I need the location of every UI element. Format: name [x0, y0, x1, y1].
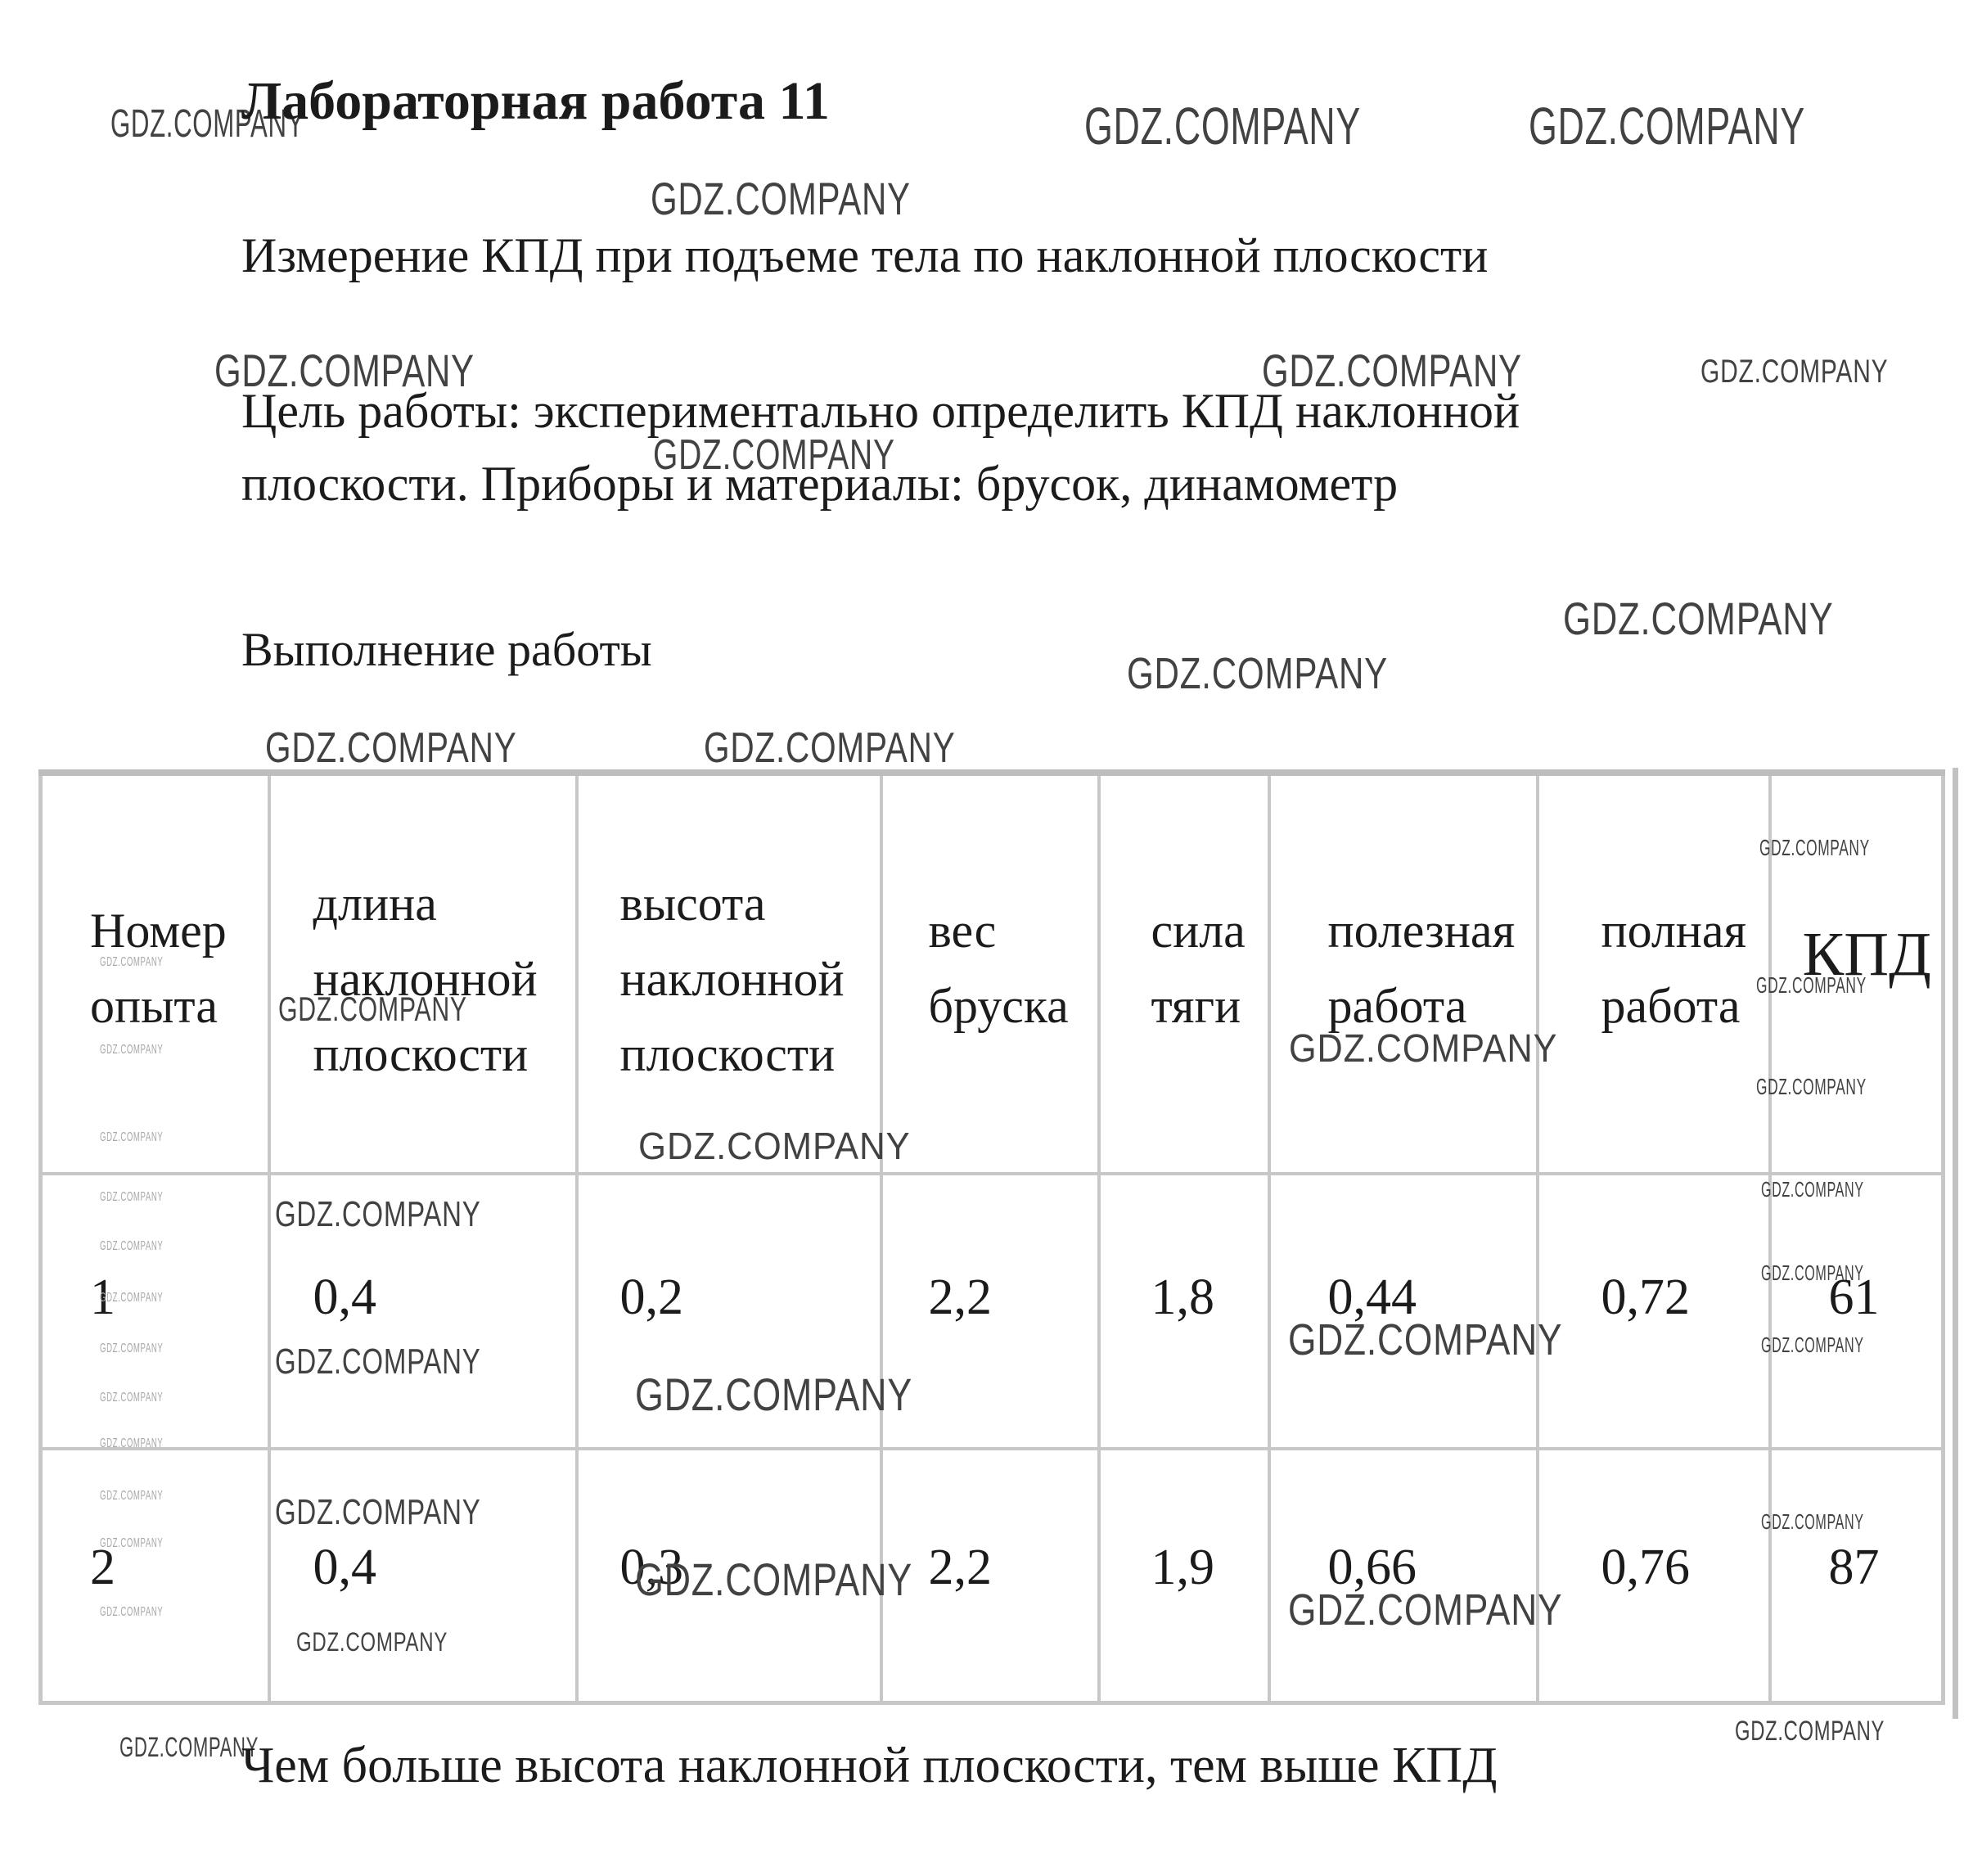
header-block-weight: вес бруска [881, 773, 1099, 1174]
watermark: GDZ.COMPANY [1756, 974, 1867, 997]
goal-paragraph-line2: плоскости. Приборы и материалы: брусок, … [241, 456, 1398, 512]
watermark: GDZ.COMPANY [638, 1127, 911, 1165]
watermark: GDZ.COMPANY [278, 992, 467, 1026]
cell-total-work: 0,72 [1538, 1174, 1770, 1449]
header-plane-length: длина наклонной плоскости [269, 773, 577, 1174]
watermark: GDZ.COMPANY [100, 1131, 163, 1144]
cell-plane-length: 0,4 [269, 1449, 577, 1702]
cell-useful-work: 0,44 [1269, 1174, 1538, 1449]
watermark: GDZ.COMPANY [100, 956, 163, 969]
watermark: GDZ.COMPANY [1288, 1588, 1562, 1632]
watermark: GDZ.COMPANY [651, 176, 911, 222]
table-row: 2 0,4 0,3 2,2 1,9 0,66 0,76 87 [41, 1449, 1944, 1702]
watermark: GDZ.COMPANY [100, 1240, 163, 1253]
watermark: GDZ.COMPANY [1735, 1717, 1885, 1745]
cell-pulling-force: 1,9 [1099, 1449, 1269, 1702]
watermark: GDZ.COMPANY [1288, 1318, 1562, 1362]
watermark: GDZ.COMPANY [635, 1372, 912, 1418]
header-total-work: полная работа [1538, 773, 1770, 1174]
watermark: GDZ.COMPANY [296, 1629, 448, 1655]
watermark: GDZ.COMPANY [275, 1197, 480, 1233]
watermark: GDZ.COMPANY [1761, 1511, 1864, 1532]
watermark: GDZ.COMPANY [1759, 837, 1870, 859]
page-title: Лабораторная работа 11 [241, 70, 830, 133]
watermark: GDZ.COMPANY [1563, 596, 1834, 642]
cell-experiment-number: 1 [41, 1174, 269, 1449]
header-useful-work: полезная работа [1269, 773, 1538, 1174]
results-table: Номер опыта длина наклонной плоскости вы… [38, 769, 1945, 1705]
watermark: GDZ.COMPANY [1761, 1262, 1864, 1283]
cell-efficiency: 61 [1770, 1174, 1944, 1449]
watermark: GDZ.COMPANY [100, 1437, 163, 1450]
page-edge-line [1953, 768, 1958, 1719]
subtitle: Измерение КПД при подъеме тела по наклон… [241, 228, 1488, 284]
watermark: GDZ.COMPANY [1761, 1179, 1864, 1200]
cell-efficiency: 87 [1770, 1449, 1944, 1702]
cell-block-weight: 2,2 [881, 1449, 1099, 1702]
watermark: GDZ.COMPANY [100, 1391, 163, 1405]
watermark: GDZ.COMPANY [704, 727, 956, 769]
section-heading: Выполнение работы [241, 622, 652, 677]
watermark: GDZ.COMPANY [275, 1344, 480, 1380]
watermark: GDZ.COMPANY [1529, 100, 1805, 152]
cell-block-weight: 2,2 [881, 1174, 1099, 1449]
watermark: GDZ.COMPANY [1289, 1030, 1557, 1069]
header-plane-height: высота наклонной плоскости [577, 773, 881, 1174]
watermark: GDZ.COMPANY [100, 1606, 163, 1619]
cell-total-work: 0,76 [1538, 1449, 1770, 1702]
watermark: GDZ.COMPANY [635, 1557, 912, 1603]
watermark: GDZ.COMPANY [275, 1495, 480, 1531]
watermark: GDZ.COMPANY [100, 1191, 163, 1204]
cell-pulling-force: 1,8 [1099, 1174, 1269, 1449]
watermark: GDZ.COMPANY [1700, 355, 1888, 388]
watermark: GDZ.COMPANY [1761, 1334, 1864, 1355]
cell-experiment-number: 2 [41, 1449, 269, 1702]
watermark: GDZ.COMPANY [119, 1734, 259, 1761]
watermark: GDZ.COMPANY [100, 1044, 163, 1057]
watermark: GDZ.COMPANY [100, 1537, 163, 1550]
watermark: GDZ.COMPANY [100, 1292, 163, 1305]
watermark: GDZ.COMPANY [1127, 652, 1388, 696]
goal-paragraph-line1: Цель работы: экспериментально определить… [241, 383, 1520, 440]
watermark: GDZ.COMPANY [100, 1490, 163, 1503]
document-page: Лабораторная работа 11 Измерение КПД при… [0, 0, 1964, 1876]
header-pulling-force: сила тяги [1099, 773, 1269, 1174]
watermark: GDZ.COMPANY [1756, 1076, 1867, 1098]
conclusion-text: Чем больше высота наклонной плоскости, т… [241, 1737, 1498, 1795]
cell-useful-work: 0,66 [1269, 1449, 1538, 1702]
header-experiment-number: Номер опыта [41, 773, 269, 1174]
watermark: GDZ.COMPANY [265, 727, 517, 769]
watermark: GDZ.COMPANY [1084, 100, 1361, 152]
table-header-row: Номер опыта длина наклонной плоскости вы… [41, 773, 1944, 1174]
watermark: GDZ.COMPANY [100, 1342, 163, 1355]
